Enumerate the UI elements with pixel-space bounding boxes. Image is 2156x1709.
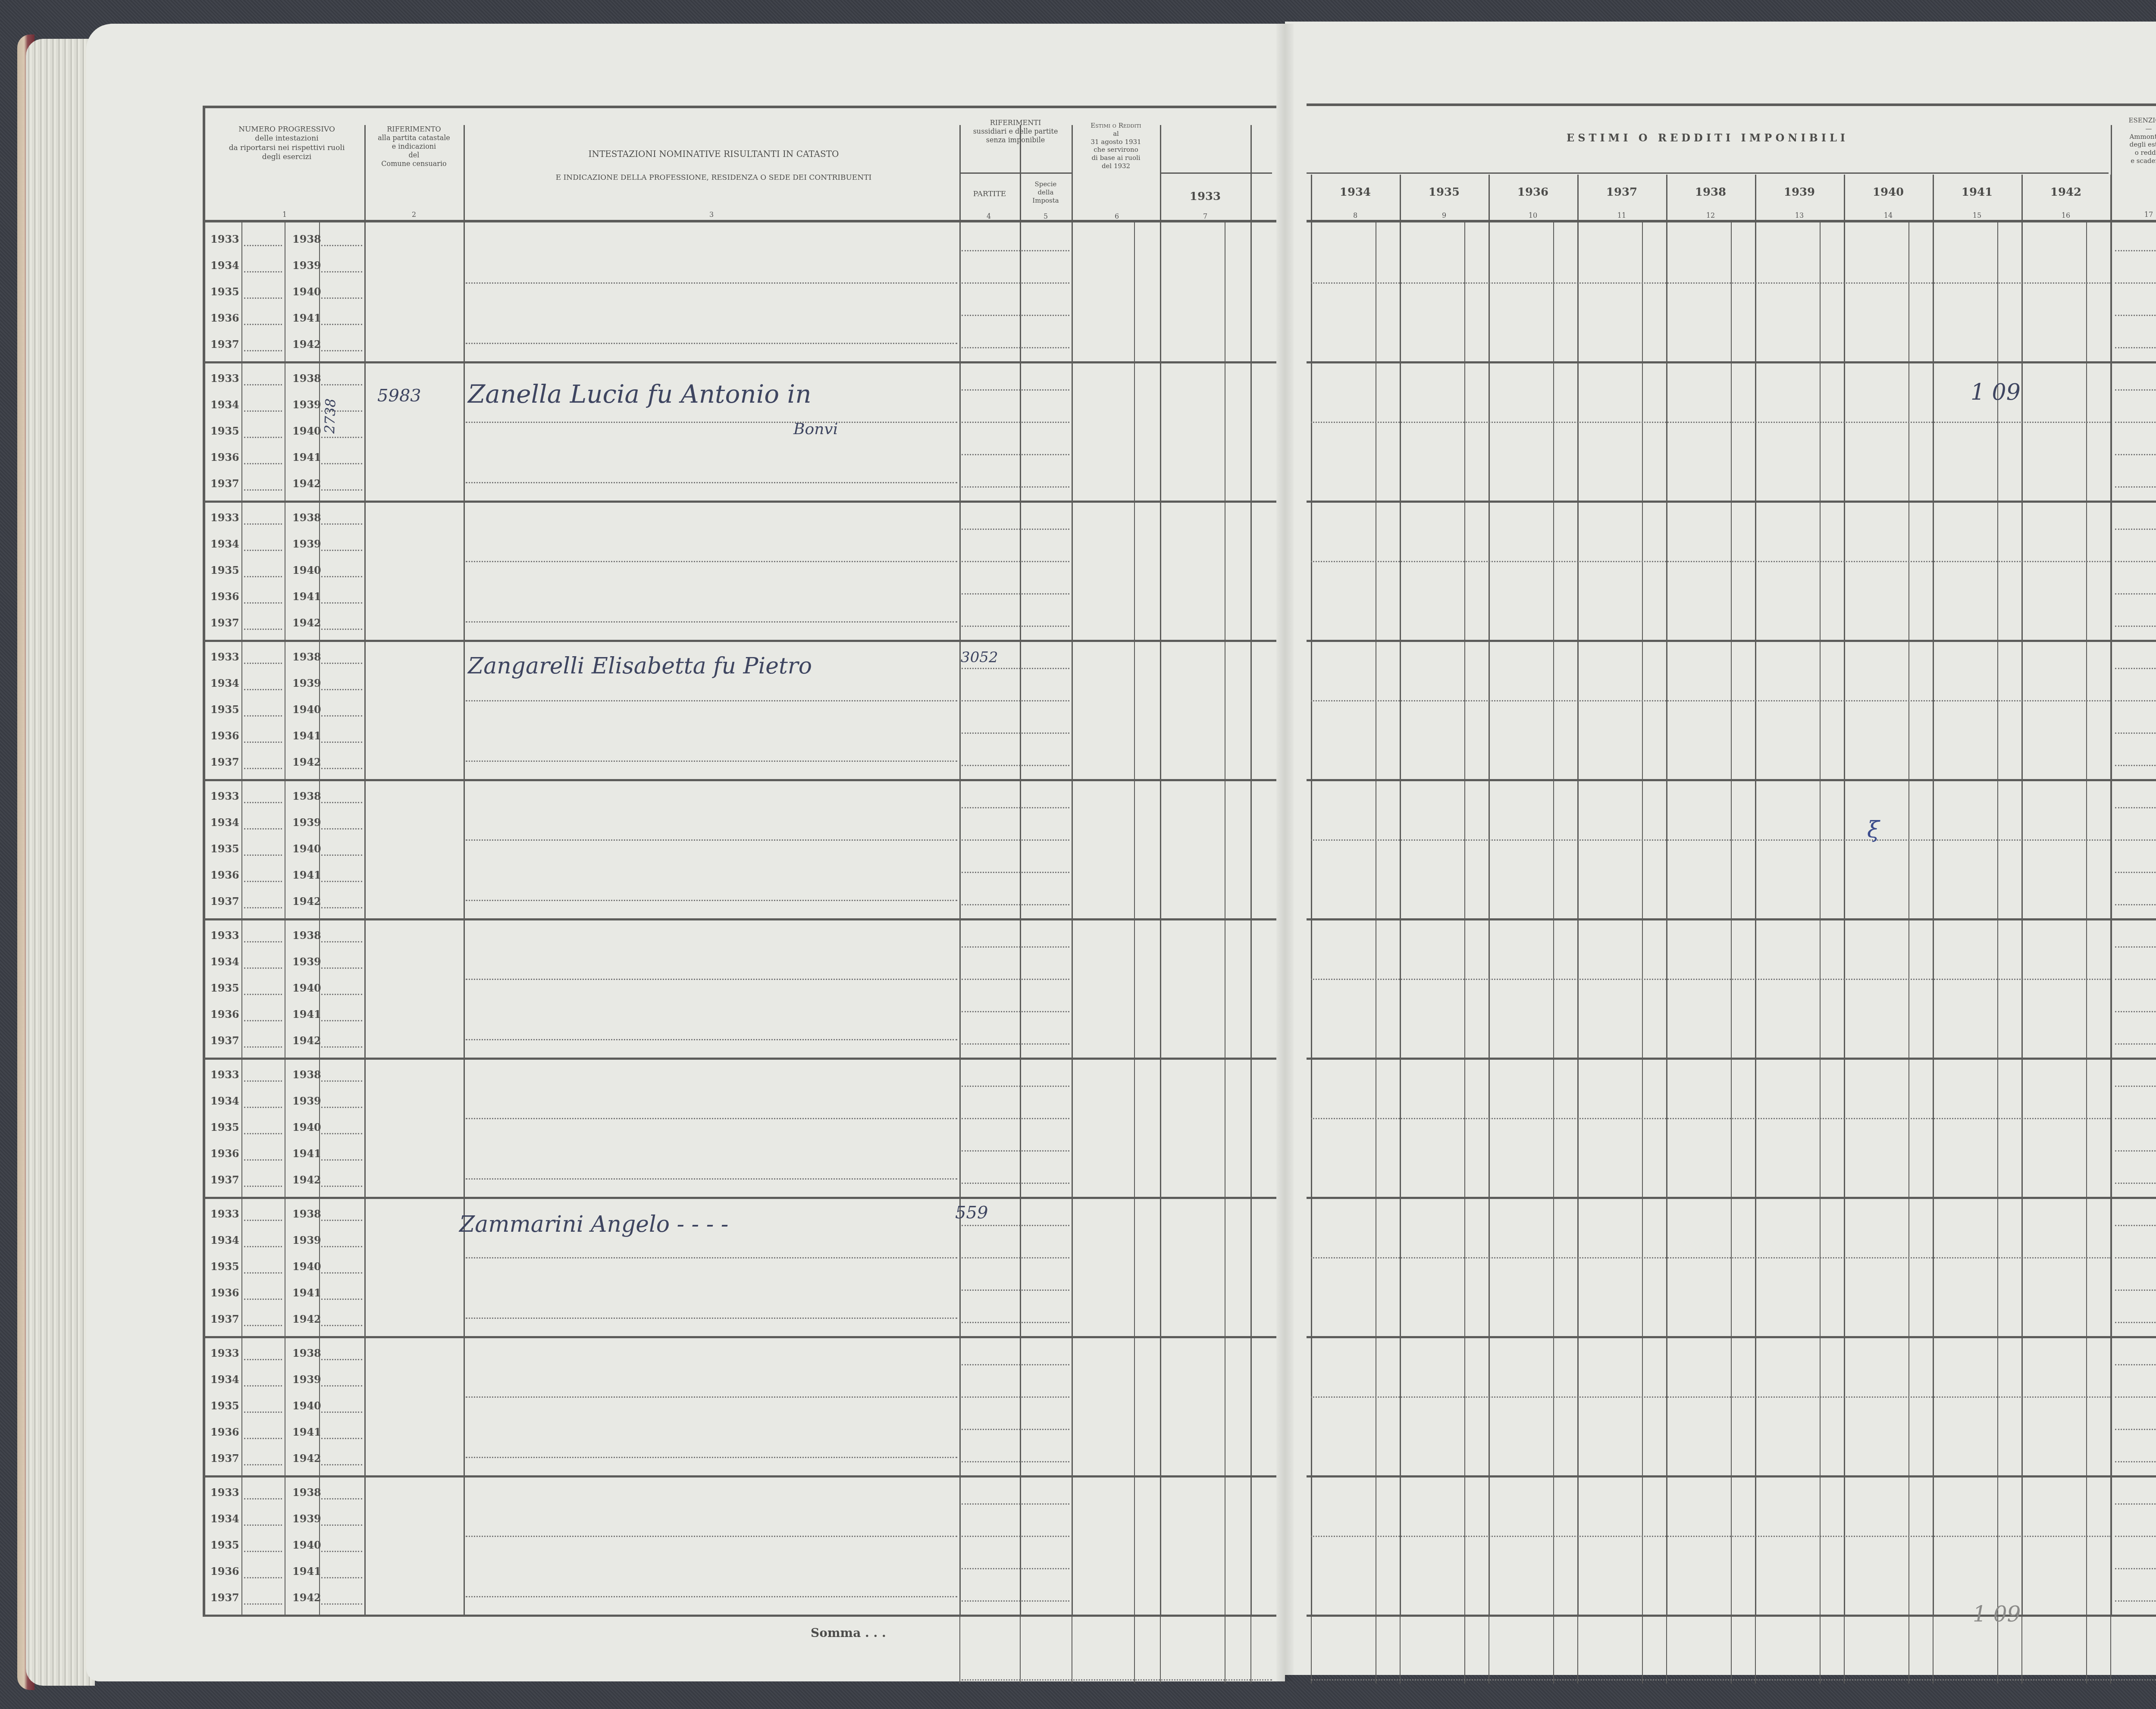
dotted-rule (321, 1220, 362, 1221)
year-label-right: 1939 (292, 1095, 321, 1107)
dotted-rule (962, 1225, 1069, 1226)
dotted-rule (2115, 1503, 2156, 1505)
dotted-rule (466, 1536, 957, 1537)
block-separator (1307, 779, 2156, 781)
dotted-rule (2115, 1396, 2156, 1398)
dotted-rule (2115, 389, 2156, 391)
dotted-rule (321, 1159, 362, 1161)
col5-line: della (1020, 188, 1072, 197)
dotted-rule (2115, 529, 2156, 530)
somma-label: Somma . . . (811, 1625, 949, 1640)
column-divider (464, 125, 465, 1615)
year-label-left: 1935 (210, 564, 239, 576)
year-label-right: 1941 (292, 1426, 321, 1438)
col2-number: 2 (405, 210, 423, 219)
year-column-number: 13 (1793, 211, 1806, 219)
dotted-rule (321, 1438, 362, 1439)
somma-cents-divider (2086, 1615, 2087, 1684)
year-label-left: 1935 (210, 703, 239, 716)
block-separator (203, 1058, 1276, 1060)
year-label-left: 1937 (210, 1174, 239, 1186)
dotted-rule (2115, 1322, 2156, 1323)
dotted-rule (2115, 626, 2156, 627)
dotted-rule (321, 1272, 362, 1274)
dotted-rule (244, 854, 282, 856)
somma-divider (1400, 1615, 1401, 1684)
somma-divider (1577, 1615, 1578, 1684)
dotted-rule (244, 297, 282, 299)
dotted-rule (1311, 561, 2111, 562)
dotted-rule (244, 1159, 282, 1161)
dotted-rule (321, 1046, 362, 1048)
block-separator (203, 501, 1276, 503)
dotted-rule (2115, 1150, 2156, 1152)
years-subheader-line (1307, 172, 2109, 174)
dotted-rule (2115, 422, 2156, 423)
block-separator (1307, 1058, 2156, 1060)
year-label-right: 1941 (292, 1008, 321, 1020)
dotted-rule (962, 347, 1069, 348)
year-label-left: 1934 (210, 1095, 239, 1107)
col1-line: da riportarsi nei rispettivi ruoli (205, 144, 369, 153)
dotted-rule (244, 1577, 282, 1578)
col1-line: degli esercizi (205, 153, 369, 162)
riferimenti-subheader-line (959, 172, 1072, 174)
year-label-right: 1938 (292, 1208, 321, 1220)
col5-line: Imposta (1020, 197, 1072, 205)
dotted-rule (2115, 561, 2156, 562)
esenzioni-line: degli estimi (2110, 141, 2156, 149)
dotted-rule (321, 245, 362, 246)
year-label-left: 1933 (210, 1068, 239, 1081)
group-title: ESTIMI O REDDITI IMPONIBILI (1315, 131, 2100, 144)
year-label-left: 1935 (210, 1260, 239, 1273)
dotted-rule (321, 1464, 362, 1465)
dotted-rule (244, 1498, 282, 1499)
dotted-rule (962, 561, 1069, 562)
year-header-1936: 1936 (1489, 185, 1577, 200)
page-gutter (1276, 24, 1294, 1681)
table-left-border (203, 106, 205, 1615)
year-label-left: 1933 (210, 651, 239, 663)
year-label-left: 1933 (210, 233, 239, 245)
year-label-left: 1936 (210, 451, 239, 463)
esenzioni-title: ESENZIONI (2110, 116, 2156, 125)
year-label-left: 1935 (210, 1399, 239, 1412)
dotted-rule (1311, 839, 2111, 841)
col4-number: 4 (982, 212, 995, 220)
year-label-left: 1934 (210, 816, 239, 829)
year-header-1939: 1939 (1755, 185, 1844, 200)
col5-number: 5 (1039, 212, 1052, 220)
dotted-rule (466, 900, 957, 901)
year-header-1935: 1935 (1400, 185, 1489, 200)
col7-year: 1933 (1160, 190, 1250, 204)
year-label-right: 1940 (292, 1399, 321, 1412)
dotted-rule (244, 1272, 282, 1274)
year-label-left: 1935 (210, 982, 239, 994)
esenzioni-header: ESENZIONI — Ammontare degli estimi o red… (2110, 116, 2156, 165)
year-column-number: 16 (2059, 211, 2072, 219)
year-label-right: 1938 (292, 1068, 321, 1081)
dotted-rule (962, 1290, 1069, 1291)
dotted-rule (244, 1603, 282, 1605)
year-label-right: 1940 (292, 982, 321, 994)
dotted-rule (962, 389, 1069, 391)
entry-2-riferimento: 5983 (377, 386, 421, 406)
col2-line: del (364, 151, 464, 160)
dotted-rule (2115, 250, 2156, 251)
dotted-rule (2115, 668, 2156, 669)
year-label-right: 1942 (292, 338, 321, 351)
dotted-rule (962, 593, 1069, 595)
dotted-rule (962, 315, 1069, 316)
dotted-rule (1311, 1536, 2111, 1537)
dotted-rule (2115, 807, 2156, 808)
year-label-right: 1942 (292, 1452, 321, 1465)
dotted-rule (962, 529, 1069, 530)
dotted-rule (321, 828, 362, 829)
dotted-rule (321, 1107, 362, 1108)
dotted-rule (244, 437, 282, 438)
dotted-rule (2115, 315, 2156, 316)
year-label-left: 1935 (210, 425, 239, 437)
dotted-rule (321, 689, 362, 690)
year-label-right: 1941 (292, 1565, 321, 1578)
dotted-rule (2115, 700, 2156, 701)
dotted-rule (244, 941, 282, 942)
year-label-right: 1942 (292, 1591, 321, 1604)
year-label-right: 1940 (292, 1539, 321, 1551)
year-label-left: 1934 (210, 1512, 239, 1525)
year-column-divider (1933, 175, 1934, 1615)
dotted-rule (244, 689, 282, 690)
dotted-rule (962, 839, 1069, 841)
year-label-right: 1940 (292, 1260, 321, 1273)
year-column-divider (1755, 175, 1756, 1615)
col1-title: NUMERO PROGRESSIVO (205, 125, 369, 134)
year-label-left: 1937 (210, 756, 239, 768)
dotted-rule (244, 1186, 282, 1187)
dotted-rule (2115, 904, 2156, 905)
somma-cents-divider (1376, 1615, 1376, 1684)
dotted-rule (244, 1107, 282, 1108)
year-label-left: 1937 (210, 1313, 239, 1325)
block-separator (203, 640, 1276, 642)
dotted-rule (321, 768, 362, 769)
col3-subtitle: E INDICAZIONE DELLA PROFESSIONE, RESIDEN… (466, 173, 962, 182)
dotted-rule (1311, 1679, 2156, 1681)
table-top-border (203, 106, 1276, 108)
year-label-right: 1938 (292, 1347, 321, 1359)
block-separator (1307, 361, 2156, 363)
year-header-1940: 1940 (1844, 185, 1933, 200)
year-label-left: 1937 (210, 617, 239, 629)
col7-number: 7 (1199, 212, 1212, 220)
year-label-right: 1942 (292, 1174, 321, 1186)
dotted-rule (2115, 1536, 2156, 1537)
col6-line: di base ai ruoli (1073, 154, 1159, 162)
year-label-left: 1935 (210, 842, 239, 855)
dotted-rule (1311, 282, 2111, 284)
year-label-right: 1938 (292, 233, 321, 245)
column-divider (1072, 125, 1073, 1615)
year-label-left: 1937 (210, 1591, 239, 1604)
dotted-rule (2115, 486, 2156, 488)
dotted-rule (962, 1364, 1069, 1365)
col4-5-header: RIFERIMENTI sussidiari e delle partite s… (959, 119, 1072, 144)
dotted-rule (321, 463, 362, 464)
year-label-right: 1938 (292, 372, 321, 385)
block-separator (203, 1475, 1276, 1477)
dotted-rule (466, 839, 957, 841)
dotted-rule (962, 946, 1069, 948)
col6-line: al (1073, 130, 1159, 138)
entry-2-name: Zanella Lucia fu Antonio in (468, 379, 811, 409)
year-label-left: 1934 (210, 1373, 239, 1386)
dotted-rule (962, 1322, 1069, 1323)
year-label-right: 1940 (292, 842, 321, 855)
block-separator (1307, 918, 2156, 920)
esenzioni-divider (2111, 125, 2112, 1615)
somma-divider (959, 1615, 960, 1684)
block-separator (1307, 501, 2156, 503)
dotted-rule (244, 602, 282, 604)
dotted-rule (2115, 765, 2156, 766)
somma-cents-divider (1553, 1615, 1554, 1684)
year-label-left: 1933 (210, 511, 239, 524)
dotted-rule (2115, 1225, 2156, 1226)
block-separator (203, 779, 1276, 781)
dotted-rule (466, 700, 957, 701)
year-label-left: 1936 (210, 1147, 239, 1160)
year-label-left: 1933 (210, 372, 239, 385)
year-label-left: 1936 (210, 312, 239, 324)
dotted-rule (2115, 454, 2156, 455)
dotted-rule (962, 668, 1069, 669)
dotted-rule (2115, 1011, 2156, 1012)
dotted-rule (466, 1318, 957, 1319)
dotted-rule (962, 1600, 1069, 1602)
entry-4-partite: 3052 (961, 649, 998, 666)
year-label-right: 1941 (292, 1147, 321, 1160)
entry-8-name: Zammarini Angelo - - - - (459, 1211, 728, 1237)
dotted-rule (2115, 1429, 2156, 1430)
year-label-right: 1942 (292, 1313, 321, 1325)
dotted-rule (244, 1438, 282, 1439)
dotted-rule (962, 1461, 1069, 1462)
dotted-rule (2115, 1461, 2156, 1462)
dotted-rule (244, 742, 282, 743)
year-column-number: 14 (1882, 211, 1895, 219)
col2-line: Comune censuario (364, 160, 464, 168)
dotted-rule (244, 384, 282, 385)
dotted-rule (321, 437, 362, 438)
col6-header: Estimi o Redditi al 31 agosto 1931 che s… (1073, 122, 1159, 170)
dotted-rule (244, 1080, 282, 1082)
dotted-rule (244, 1464, 282, 1465)
dotted-rule (321, 297, 362, 299)
dotted-rule (321, 384, 362, 385)
dotted-rule (962, 486, 1069, 488)
dotted-rule (244, 967, 282, 969)
year-label-right: 1941 (292, 312, 321, 324)
dotted-rule (466, 1039, 957, 1040)
col1-header: NUMERO PROGRESSIVO delle intestazioni da… (205, 125, 369, 162)
year-header-1934: 1934 (1311, 185, 1400, 200)
somma-cents-divider (1820, 1615, 1821, 1684)
year-header-1941: 1941 (1933, 185, 2021, 200)
dotted-rule (244, 1046, 282, 1048)
dotted-rule (321, 881, 362, 882)
somma-cents-divider (1464, 1615, 1465, 1684)
dotted-rule (466, 761, 957, 762)
table-top-border (1307, 103, 2156, 106)
form-id: Mod. 111 - Imposte Dirette (Intercalare)… (2134, 81, 2156, 90)
somma-divider (2110, 1615, 2111, 1684)
entry-2-side-note: 2738 (321, 398, 339, 434)
somma-divider (1933, 1615, 1934, 1684)
col6-line: 31 agosto 1931 (1073, 138, 1159, 146)
dotted-rule (1311, 1257, 2111, 1258)
somma-divider (1020, 1615, 1021, 1684)
year-column-number: 8 (1349, 211, 1362, 219)
dotted-rule (2115, 839, 2156, 841)
year-label-left: 1936 (210, 1426, 239, 1438)
year-column-divider (1311, 175, 1312, 1615)
year-label-right: 1939 (292, 816, 321, 829)
dotted-rule (2115, 1086, 2156, 1087)
dotted-rule (962, 1011, 1069, 1012)
dotted-rule (321, 854, 362, 856)
year-label-left: 1935 (210, 1121, 239, 1133)
year-label-right: 1941 (292, 729, 321, 742)
dotted-rule (321, 523, 362, 525)
col6-title: Estimi o Redditi (1073, 122, 1159, 130)
somma-cents-divider (1908, 1615, 1909, 1684)
year-column-divider (2021, 175, 2023, 1615)
dotted-rule (466, 1596, 957, 1597)
year-label-right: 1941 (292, 869, 321, 881)
col6-line: che servirono (1073, 146, 1159, 154)
somma-divider (1225, 1615, 1225, 1684)
year-label-left: 1933 (210, 929, 239, 942)
dotted-rule (321, 576, 362, 577)
dotted-rule (962, 454, 1069, 455)
dotted-rule (321, 324, 362, 325)
dotted-rule (244, 523, 282, 525)
year-label-left: 1935 (210, 285, 239, 298)
dotted-rule (321, 1412, 362, 1413)
dotted-rule (321, 742, 362, 743)
year-label-left: 1934 (210, 677, 239, 689)
dotted-rule (321, 1080, 362, 1082)
dotted-rule (466, 1118, 957, 1119)
dotted-rule (321, 489, 362, 491)
dotted-rule (2115, 1600, 2156, 1602)
dotted-rule (321, 350, 362, 351)
year-column-divider (1666, 175, 1667, 1615)
dotted-rule (2115, 946, 2156, 948)
year-label-right: 1939 (292, 1512, 321, 1525)
esenzioni-line: e scadenze (2110, 157, 2156, 165)
year-label-right: 1942 (292, 756, 321, 768)
dotted-rule (962, 1429, 1069, 1430)
dotted-rule (962, 1183, 1069, 1184)
somma-cents-divider (1642, 1615, 1643, 1684)
dotted-rule (321, 1524, 362, 1526)
esenzioni-number: 17 (2142, 210, 2155, 219)
dotted-rule (321, 1299, 362, 1300)
dotted-rule (962, 626, 1069, 627)
year-label-right: 1942 (292, 617, 321, 629)
dotted-rule (962, 1396, 1069, 1398)
dotted-rule (321, 1186, 362, 1187)
dotted-rule (244, 1325, 282, 1326)
column-divider (1020, 125, 1021, 1615)
year-1933-header-line (1160, 172, 1272, 174)
dotted-rule (244, 271, 282, 272)
year-label-left: 1937 (210, 895, 239, 908)
dotted-rule (466, 422, 957, 423)
year-label-right: 1940 (292, 425, 321, 437)
year-label-right: 1939 (292, 1373, 321, 1386)
dotted-rule (244, 463, 282, 464)
year-label-right: 1939 (292, 398, 321, 411)
year-label-left: 1934 (210, 538, 239, 550)
year-label-right: 1940 (292, 564, 321, 576)
year-label-right: 1938 (292, 1486, 321, 1499)
dotted-rule (1311, 1396, 2111, 1398)
year-label-right: 1942 (292, 1034, 321, 1047)
col2-header: RIFERIMENTO alla partita catastale e ind… (364, 125, 464, 168)
dotted-rule (962, 872, 1069, 873)
col2-title: RIFERIMENTO (364, 125, 464, 134)
year-label-left: 1935 (210, 1539, 239, 1551)
dotted-rule (321, 1498, 362, 1499)
year-label-left: 1936 (210, 1286, 239, 1299)
somma-divider (1844, 1615, 1845, 1684)
year-label-right: 1939 (292, 1234, 321, 1246)
dotted-rule (466, 343, 957, 344)
dotted-rule (962, 904, 1069, 905)
dotted-rule (321, 802, 362, 803)
dotted-rule (244, 1246, 282, 1247)
somma-divider (1160, 1615, 1161, 1684)
dotted-rule (466, 621, 957, 623)
year-label-right: 1940 (292, 1121, 321, 1133)
dotted-rule (244, 715, 282, 717)
dotted-rule (962, 1536, 1069, 1537)
dotted-rule (2115, 1568, 2156, 1569)
dotted-rule (2115, 979, 2156, 980)
dotted-rule (244, 629, 282, 630)
dotted-rule (244, 350, 282, 351)
dotted-rule (321, 907, 362, 908)
entry-5-mark-1940: ξ (1867, 817, 1880, 843)
year-label-right: 1942 (292, 477, 321, 490)
dotted-rule (321, 1246, 362, 1247)
dotted-rule (2115, 1257, 2156, 1258)
dotted-rule (244, 1359, 282, 1360)
year-label-left: 1934 (210, 1234, 239, 1246)
table-bottom-border (203, 1615, 1276, 1617)
block-separator (1307, 1336, 2156, 1338)
dotted-rule (962, 250, 1069, 251)
block-separator (203, 918, 1276, 920)
year-label-left: 1937 (210, 1452, 239, 1465)
dotted-rule (962, 1568, 1069, 1569)
